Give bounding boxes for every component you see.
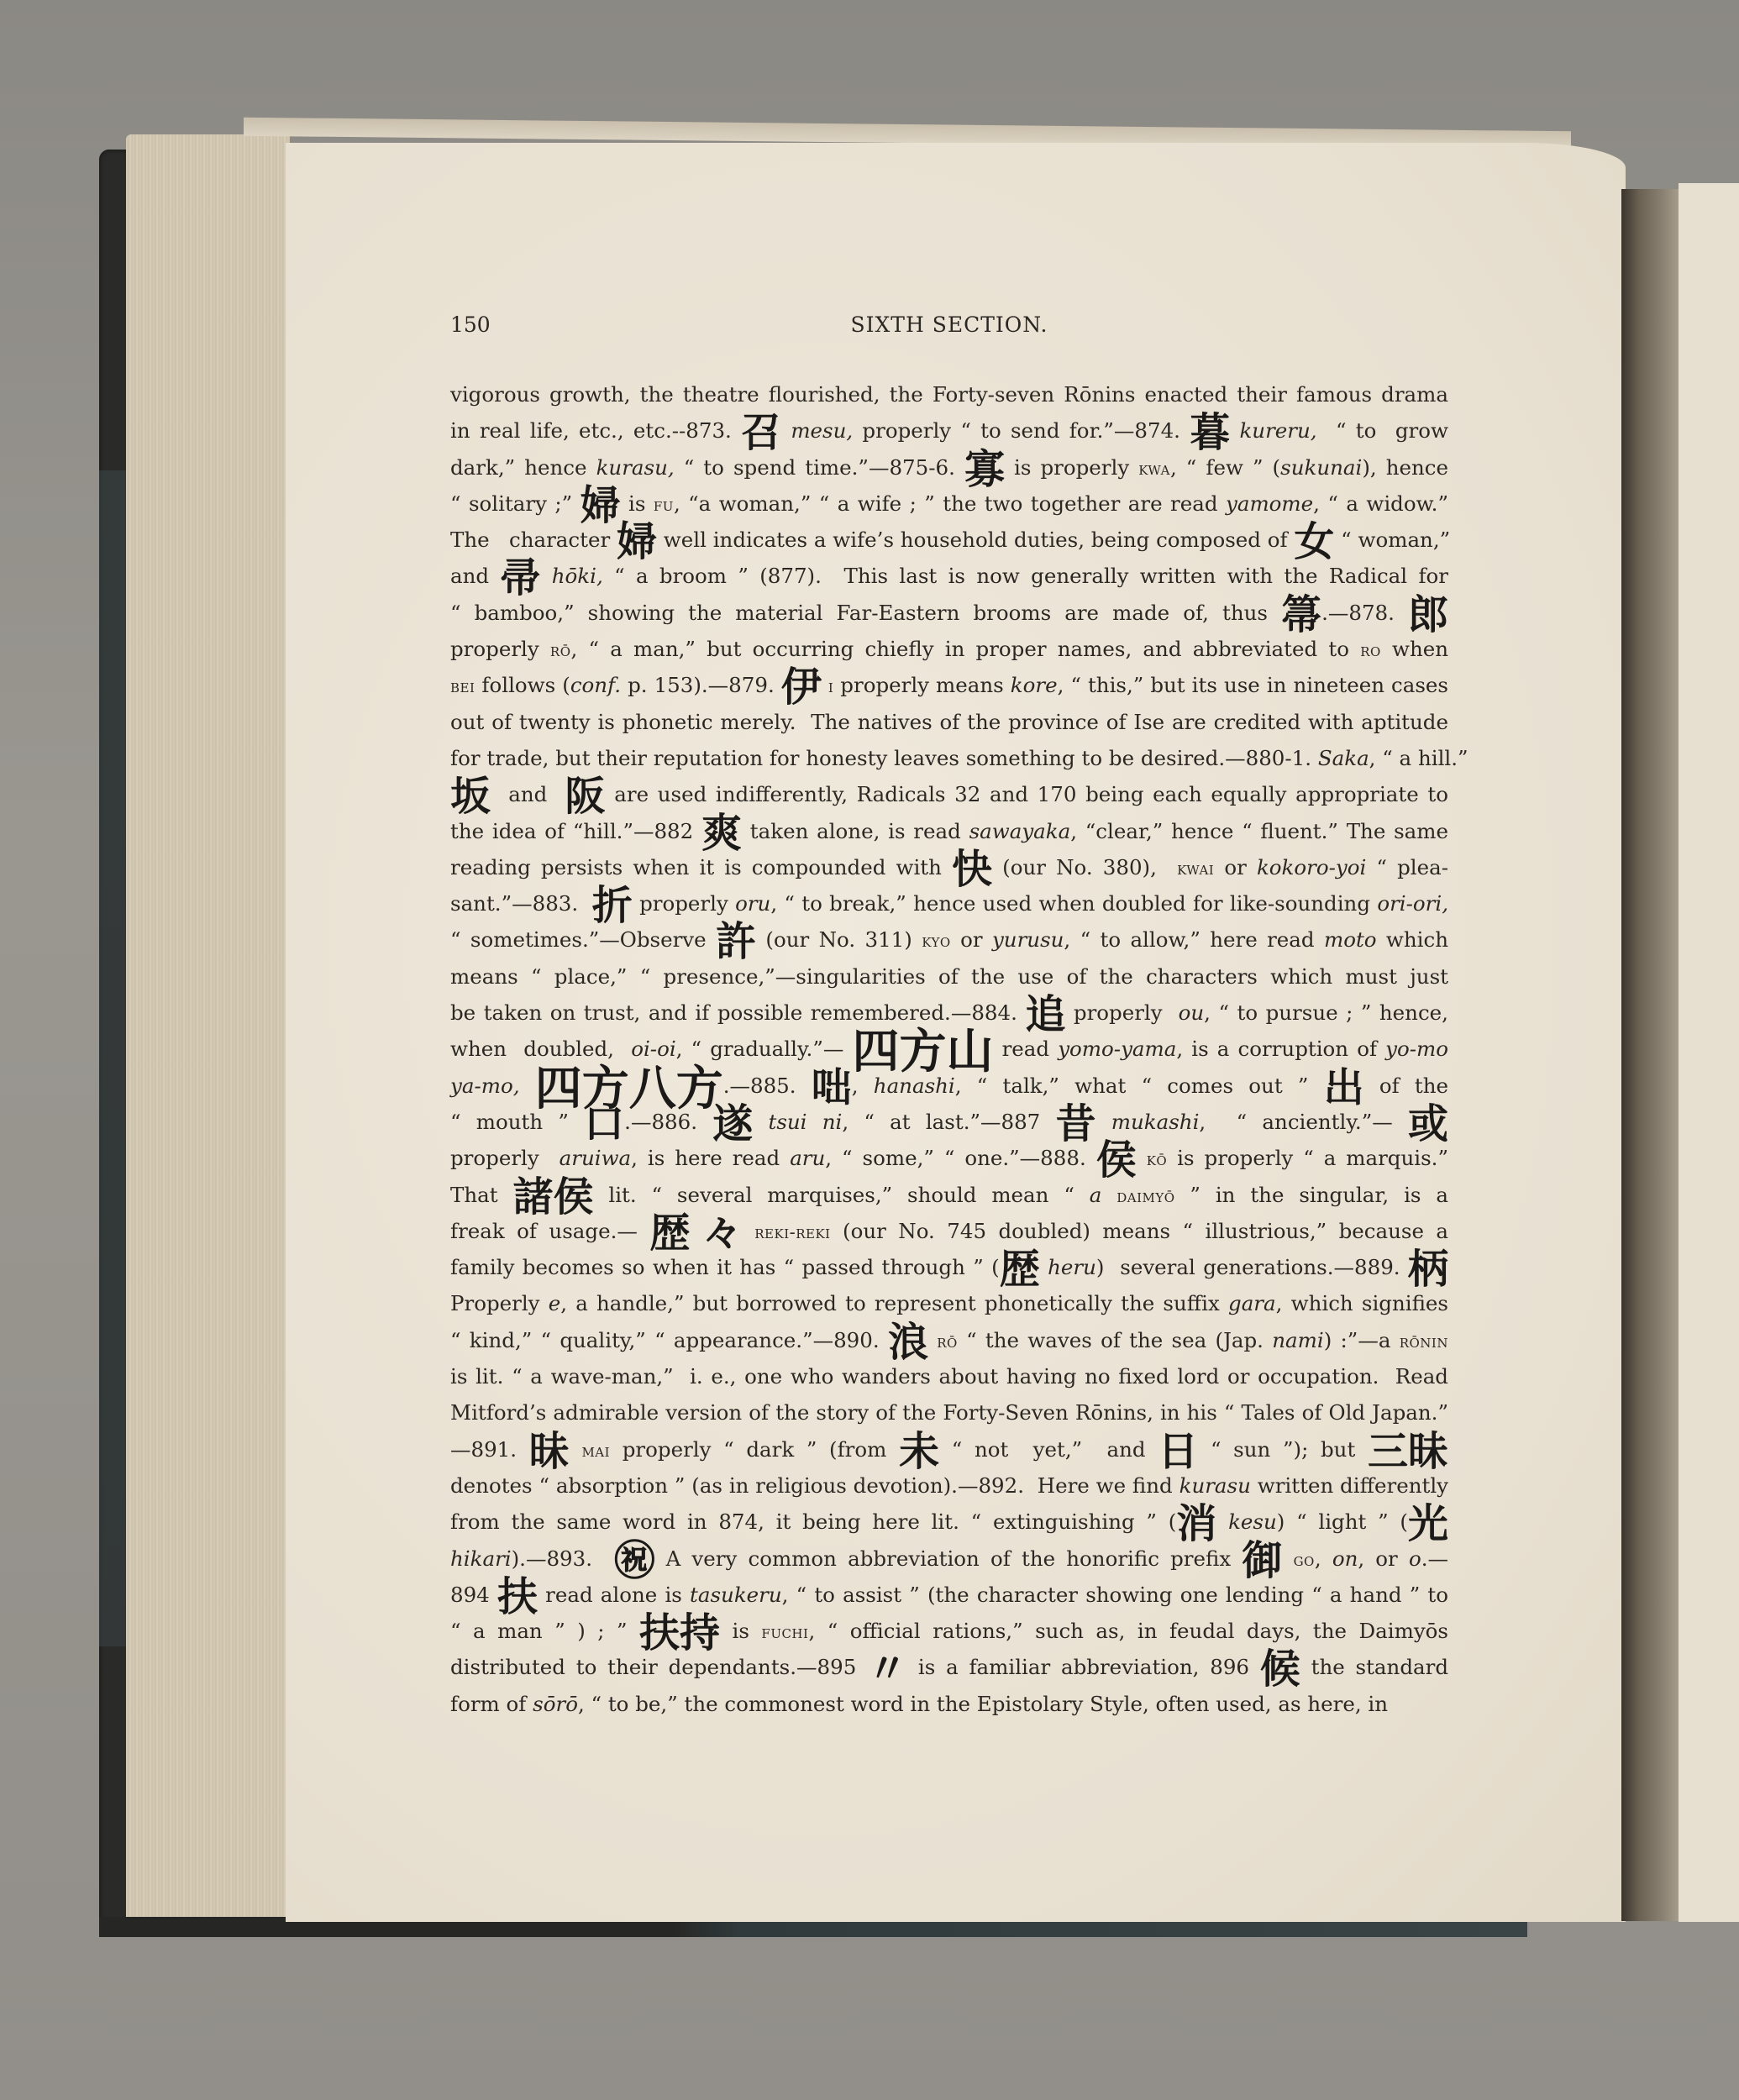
italic-term: o: [1409, 1546, 1421, 1571]
text-run: family becomes so when it has “ passed t…: [450, 1255, 1000, 1279]
text-line: freak of usage.— 歴 々 reki-reki (our No. …: [450, 1213, 1448, 1249]
text-run: properly: [633, 891, 735, 916]
text-run: [822, 673, 828, 697]
text-line: That 諸侯 lit. “ several marquises,” shoul…: [450, 1177, 1448, 1213]
small-caps-reading: ro: [1360, 640, 1381, 660]
text-run: is a familiar abbreviation, 896: [907, 1655, 1260, 1679]
text-run: out of twenty is phonetic merely. The na…: [450, 710, 1448, 734]
kanji-character: 或: [1408, 1106, 1448, 1142]
text-run: and: [450, 564, 500, 588]
text-run: (our No. 380),: [992, 855, 1177, 879]
kanji-character: 郎: [1408, 597, 1448, 633]
text-run: [1096, 1110, 1111, 1134]
text-run: properly: [450, 637, 550, 661]
text-line: family becomes so when it has “ passed t…: [450, 1249, 1448, 1285]
kanji-character: 三: [1368, 1434, 1408, 1470]
text-run: Properly: [450, 1291, 549, 1315]
text-run: “ kind,” “ quality,” “ appearance.”—890.: [450, 1328, 888, 1352]
italic-term: mesu,: [791, 418, 853, 443]
small-caps-reading: fu: [654, 495, 674, 515]
text-line: —891. 昧 mai properly “ dark ” (from 未 “ …: [450, 1431, 1448, 1467]
italic-term: sawayaka: [969, 819, 1071, 843]
text-run: or: [951, 927, 992, 952]
kanji-character: 許: [716, 924, 756, 960]
text-run: p. 153).—879.: [621, 673, 781, 697]
kanji-character: 昧: [1408, 1434, 1448, 1470]
text-run: [1137, 1146, 1147, 1170]
kanji-character: 婦: [581, 488, 621, 524]
text-line: vigorous growth, the theatre flourished,…: [450, 376, 1448, 412]
text-line: in real life, etc., etc.--873. 召 mesu, p…: [450, 412, 1448, 449]
text-line: is lit. “ a wave-man,” i. e., one who wa…: [450, 1358, 1448, 1394]
text-line: out of twenty is phonetic merely. The na…: [450, 704, 1448, 740]
text-run: [540, 564, 551, 588]
page-block-fore-edge: [126, 134, 290, 1919]
text-line: form of sōrō, “ to be,” the commonest wo…: [450, 1686, 1448, 1722]
text-line: and 帚 hōki, “ a broom ” (877). This last…: [450, 558, 1448, 594]
italic-term: conf.: [570, 673, 621, 697]
text-run: [743, 1219, 754, 1243]
text-run: and: [491, 782, 565, 806]
text-run: , is a corruption of: [1176, 1037, 1385, 1061]
text-run: or: [1214, 855, 1257, 879]
text-line: “ sometimes.”—Observe 許 (our No. 311) ky…: [450, 921, 1448, 958]
text-run: , “ some,” “ one.”—888.: [825, 1146, 1095, 1170]
text-run: The character: [450, 528, 617, 552]
text-run: ) :”—a: [1324, 1328, 1400, 1352]
text-run: , “ a hill.”: [1369, 746, 1468, 770]
kanji-character: 昧: [529, 1434, 570, 1470]
italic-term: hōki,: [552, 564, 603, 588]
text-run: “ a man ” ) ; ”: [450, 1619, 639, 1643]
text-run: [753, 1110, 768, 1134]
kanji-character: ㊗: [614, 1543, 654, 1579]
text-run: read: [993, 1037, 1058, 1061]
small-caps-reading: rōnin: [1400, 1331, 1448, 1352]
text-line: properly rō, “ a man,” but occurring chi…: [450, 631, 1448, 667]
text-run: when: [1381, 637, 1448, 661]
kanji-character: 持: [680, 1615, 720, 1651]
text-run: ) “ light ” (: [1277, 1509, 1408, 1534]
kanji-character: 快: [952, 852, 992, 888]
italic-term: sukunai: [1280, 455, 1362, 480]
text-run: for trade, but their reputation for hone…: [450, 746, 1318, 770]
text-line: “ mouth ” 口.—886. 遂 tsui ni, “ at last.”…: [450, 1104, 1448, 1140]
text-run: properly “ to send for.”—874.: [853, 418, 1190, 443]
text-run: “ a broom ” (877). This last is now gene…: [603, 564, 1448, 588]
italic-term: aru: [790, 1146, 825, 1170]
small-caps-reading: rō: [937, 1331, 958, 1352]
text-line: dark,” hence kurasu, “ to spend time.”—8…: [450, 449, 1448, 486]
kanji-character: 召: [741, 415, 781, 451]
text-run: ,: [1315, 1546, 1332, 1571]
text-run: .—878.: [1321, 601, 1408, 625]
text-run: 894: [450, 1583, 497, 1607]
text-run: Mitford’s admirable version of the story…: [450, 1400, 1448, 1425]
italic-term: aruiwa: [560, 1146, 632, 1170]
text-run: .—885.: [723, 1074, 812, 1098]
kanji-character: 々: [702, 1215, 743, 1252]
text-run: , “ to pursue ; ” hence,: [1204, 1000, 1448, 1025]
text-run: .—886.: [624, 1110, 712, 1134]
text-run: “ sometimes.”—Observe: [450, 927, 716, 952]
text-run: , “a woman,” “ a wife ; ” the two togeth…: [674, 491, 1226, 516]
text-run: ” in the singular, is a: [1175, 1183, 1448, 1207]
text-run: ) several generations.—889.: [1096, 1255, 1408, 1279]
kanji-character: 女: [1294, 524, 1334, 560]
text-run: “ woman,”: [1334, 528, 1450, 552]
italic-term: yo-mo: [1385, 1037, 1448, 1061]
text-run: means “ place,” “ presence,”—singulariti…: [450, 964, 1448, 989]
kanji-character: 口: [584, 1106, 624, 1142]
text-run: , “ gradually.”—: [676, 1037, 853, 1061]
italic-term: sōrō: [533, 1692, 578, 1716]
text-run: A very common abbreviation of the honori…: [654, 1546, 1242, 1571]
text-run: dark,” hence: [450, 455, 596, 480]
small-caps-reading: fuchi: [761, 1622, 808, 1642]
text-run: taken alone, is read: [742, 819, 969, 843]
text-run: , “ to break,” hence used when doubled f…: [770, 891, 1377, 916]
body-text: vigorous growth, the theatre flourished,…: [450, 376, 1448, 1722]
small-caps-reading: kwa: [1138, 459, 1170, 479]
kanji-character: 侯: [1096, 1142, 1137, 1179]
kanji-character: 追: [1025, 997, 1065, 1033]
book-gutter: [1621, 189, 1680, 1921]
text-run: when doubled,: [450, 1037, 631, 1061]
text-line: “ bamboo,” showing the material Far-East…: [450, 595, 1448, 631]
kanji-character: 寡: [964, 452, 1005, 488]
text-run: (our No. 745 doubled) means “ illustriou…: [831, 1219, 1448, 1243]
italic-term: kokoro-yoi: [1257, 855, 1366, 879]
text-run: sant.”—883.: [450, 891, 592, 916]
italic-term: hanashi: [874, 1074, 955, 1098]
kanji-character: 日: [1158, 1434, 1198, 1470]
kanji-character: 候: [1260, 1651, 1300, 1688]
italic-term: tasukeru: [690, 1583, 782, 1607]
italic-term: ori-ori,: [1377, 891, 1448, 916]
italic-term: yamome: [1226, 491, 1313, 516]
text-run: [928, 1328, 937, 1352]
text-line: bei follows (conf. p. 153).—879. 伊 i pro…: [450, 667, 1448, 703]
small-caps-reading: kwai: [1177, 858, 1214, 879]
text-run: , a handle,” but borrowed to represent p…: [560, 1291, 1228, 1315]
kanji-character: 光: [1408, 1506, 1448, 1542]
text-run: vigorous growth, the theatre flourished,…: [450, 382, 1448, 407]
text-line: 894 扶 read alone is tasukeru, “ to assis…: [450, 1577, 1448, 1613]
kanji-character: 浪: [888, 1325, 928, 1361]
text-run: be taken on trust, and if possible remem…: [450, 1000, 1025, 1025]
text-run: .—: [1421, 1546, 1448, 1571]
text-run: denotes “ absorption ” (as in religious …: [450, 1473, 1179, 1498]
kanji-character: 扶: [639, 1615, 680, 1651]
kanji-character: 咄: [812, 1070, 852, 1106]
text-run: [690, 1219, 701, 1243]
text-run: are used indifferently, Radicals 32 and …: [606, 782, 1448, 806]
text-line: “ a man ” ) ; ” 扶持 is fuchi, “ official …: [450, 1613, 1448, 1649]
italic-term: kurasu,: [596, 455, 675, 480]
italic-term: ou: [1179, 1000, 1205, 1025]
text-run: “ not yet,” and: [939, 1437, 1158, 1462]
kanji-character: 柄: [1408, 1252, 1448, 1288]
italic-term: mukashi: [1111, 1110, 1200, 1134]
kanji-character: 〃: [867, 1651, 907, 1688]
text-run: , “ few ” (: [1170, 455, 1280, 480]
text-run: , “ to be,” the commonest word in the Ep…: [578, 1692, 1388, 1716]
text-run: “ the waves of the sea (Jap.: [958, 1328, 1272, 1352]
kanji-character: 爽: [701, 816, 742, 852]
kanji-character: 出: [1324, 1070, 1364, 1106]
italic-term: oi-oi: [631, 1037, 675, 1061]
text-run: reading persists when it is compounded w…: [450, 855, 952, 879]
kanji-character: 婦: [617, 524, 657, 560]
kanji-character: 歴: [1000, 1252, 1040, 1288]
italic-term: e: [549, 1291, 561, 1315]
italic-term: on: [1332, 1546, 1358, 1571]
text-line: from the same word in 874, it being here…: [450, 1504, 1448, 1540]
text-run: the idea of “hill.”—882: [450, 819, 701, 843]
text-line: the idea of “hill.”—882 爽 taken alone, i…: [450, 813, 1448, 849]
text-run: properly means: [833, 673, 1011, 697]
text-line: The character 婦 well indicates a wife’s …: [450, 522, 1448, 558]
text-run: in real life, etc., etc.--873.: [450, 418, 741, 443]
text-run: , “ a widow.”: [1313, 491, 1448, 516]
text-run: from the same word in 874, it being here…: [450, 1509, 1176, 1534]
italic-term: nami: [1272, 1328, 1323, 1352]
text-run: properly: [1065, 1000, 1178, 1025]
text-run: ).—893.: [512, 1546, 615, 1571]
text-line: ya-mo, 四方八方.—885. 咄, hanashi, “ talk,” w…: [450, 1068, 1448, 1104]
text-line: denotes “ absorption ” (as in religious …: [450, 1467, 1448, 1504]
italic-term: yurusu: [992, 927, 1064, 952]
text-run: , “ official rations,” such as, in feuda…: [808, 1619, 1448, 1643]
italic-term: hikari: [450, 1546, 512, 1571]
text-run: [781, 418, 791, 443]
text-run: [570, 1437, 582, 1462]
text-run: written differently: [1251, 1473, 1448, 1498]
kanji-character: 箒: [1281, 597, 1321, 633]
kanji-character: 歴: [649, 1215, 690, 1252]
kanji-compound: 四方山: [852, 1034, 993, 1070]
text-line: “ solitary ;” 婦 is fu, “a woman,” “ a wi…: [450, 486, 1448, 522]
text-line: Properly e, a handle,” but borrowed to r…: [450, 1285, 1448, 1321]
text-line: 坂 and 阪 are used indifferently, Radicals…: [450, 776, 1448, 812]
text-line: hikari).—893. ㊗ A very common abbreviati…: [450, 1541, 1448, 1577]
text-run: , “ talk,” what “ comes out ”: [955, 1074, 1324, 1098]
text-run: [1230, 418, 1239, 443]
text-run: ,: [852, 1074, 874, 1098]
kanji-character: 侯: [553, 1179, 593, 1215]
text-run: [1282, 1546, 1293, 1571]
text-run: “ mouth ”: [450, 1110, 584, 1134]
text-run: is lit. “ a wave-man,” i. e., one who wa…: [450, 1364, 1448, 1389]
kanji-character: 遂: [712, 1106, 753, 1142]
text-run: is: [621, 491, 654, 516]
text-run: form of: [450, 1692, 533, 1716]
text-run: [1216, 1509, 1228, 1534]
text-run: [1101, 1183, 1116, 1207]
text-run: That: [450, 1183, 512, 1207]
text-run: of the: [1364, 1074, 1448, 1098]
text-run: distributed to their dependants.—895: [450, 1655, 867, 1679]
text-line: Mitford’s admirable version of the story…: [450, 1394, 1448, 1431]
kanji-character: 坂: [450, 779, 491, 815]
italic-term: a: [1090, 1183, 1102, 1207]
text-run: well indicates a wife’s household duties…: [657, 528, 1294, 552]
kanji-character: 扶: [497, 1579, 538, 1615]
text-run: [520, 1074, 535, 1098]
text-run: “ sun ”); but: [1198, 1437, 1368, 1462]
text-run: properly: [450, 1146, 560, 1170]
text-run: —891.: [450, 1437, 529, 1462]
text-run: , “clear,” hence “ fluent.” The same: [1070, 819, 1448, 843]
italic-term: gara: [1228, 1291, 1276, 1315]
book-page-right-edge: [1679, 183, 1739, 1922]
text-run: freak of usage.—: [450, 1219, 649, 1243]
kanji-character: 暮: [1190, 415, 1230, 451]
text-run: is: [720, 1619, 761, 1643]
small-caps-reading: go: [1294, 1550, 1315, 1570]
text-run: “ to grow: [1317, 418, 1448, 443]
text-run: , “ this,” but its use in nineteen cases: [1058, 673, 1448, 697]
text-run: , which signifies: [1276, 1291, 1448, 1315]
text-line: reading persists when it is compounded w…: [450, 849, 1448, 885]
italic-term: kureru,: [1239, 418, 1316, 443]
small-caps-reading: kō: [1147, 1149, 1168, 1169]
small-caps-reading: rō: [550, 640, 571, 660]
text-line: means “ place,” “ presence,”—singulariti…: [450, 958, 1448, 995]
text-run: which: [1377, 927, 1448, 952]
text-run: follows (: [475, 673, 570, 697]
italic-term: moto: [1324, 927, 1377, 952]
italic-term: kore: [1011, 673, 1058, 697]
italic-term: heru: [1048, 1255, 1096, 1279]
small-caps-reading: reki-reki: [754, 1222, 830, 1242]
kanji-character: 伊: [781, 669, 822, 706]
text-run: is properly: [1005, 455, 1138, 480]
italic-term: kurasu: [1179, 1473, 1251, 1498]
text-run: , “ to allow,” here read: [1064, 927, 1324, 952]
text-run: , or: [1358, 1546, 1409, 1571]
section-title: SIXTH SECTION.: [450, 312, 1448, 337]
text-run: “ plea-: [1366, 855, 1448, 879]
kanji-compound: 四方八方: [535, 1071, 723, 1107]
text-run: [1040, 1255, 1048, 1279]
text-run: , “ anciently.”—: [1199, 1110, 1408, 1134]
text-run: “ to spend time.”—875-6.: [675, 455, 964, 480]
small-caps-reading: bei: [450, 676, 475, 696]
small-caps-reading: kyo: [922, 931, 951, 951]
text-line: distributed to their dependants.—895 〃 i…: [450, 1649, 1448, 1685]
italic-term: oru: [735, 891, 770, 916]
text-run: read alone is: [538, 1583, 690, 1607]
text-run: the standard: [1300, 1655, 1448, 1679]
kanji-character: 未: [899, 1434, 939, 1470]
text-run: “ bamboo,” showing the material Far-East…: [450, 601, 1281, 625]
italic-term: kesu: [1228, 1509, 1277, 1534]
italic-term: Saka: [1318, 746, 1369, 770]
text-run: , is here read: [631, 1146, 790, 1170]
small-caps-reading: daimyō: [1116, 1186, 1174, 1206]
text-run: is properly “ a marquis.”: [1167, 1146, 1448, 1170]
text-run: “ solitary ;”: [450, 491, 581, 516]
kanji-character: 消: [1176, 1506, 1216, 1542]
text-run: , “ at last.”—887: [842, 1110, 1055, 1134]
text-run: ), hence: [1362, 455, 1448, 480]
text-line: properly aruiwa, is here read aru, “ som…: [450, 1140, 1448, 1176]
text-run: lit. “ several marquises,” should mean “: [593, 1183, 1089, 1207]
kanji-character: 昔: [1056, 1106, 1096, 1142]
text-run: (our No. 311): [756, 927, 922, 952]
text-run: , “ to assist ” (the character showing o…: [782, 1583, 1448, 1607]
text-line: sant.”—883. 折 properly oru, “ to break,”…: [450, 885, 1448, 921]
kanji-character: 折: [592, 888, 633, 924]
small-caps-reading: mai: [581, 1441, 610, 1461]
text-run: properly “ dark ” (from: [610, 1437, 899, 1462]
italic-term: tsui ni: [768, 1110, 842, 1134]
kanji-character: 阪: [565, 779, 606, 815]
italic-term: yomo-yama: [1058, 1037, 1176, 1061]
kanji-character: 諸: [512, 1179, 553, 1215]
kanji-character: 帚: [500, 560, 540, 596]
text-run: , “ a man,” but occurring chiefly in pro…: [571, 637, 1361, 661]
text-line: “ kind,” “ quality,” “ appearance.”—890.…: [450, 1322, 1448, 1358]
kanji-character: 御: [1242, 1543, 1282, 1579]
italic-term: ya-mo,: [450, 1074, 520, 1098]
text-line: for trade, but their reputation for hone…: [450, 740, 1448, 776]
